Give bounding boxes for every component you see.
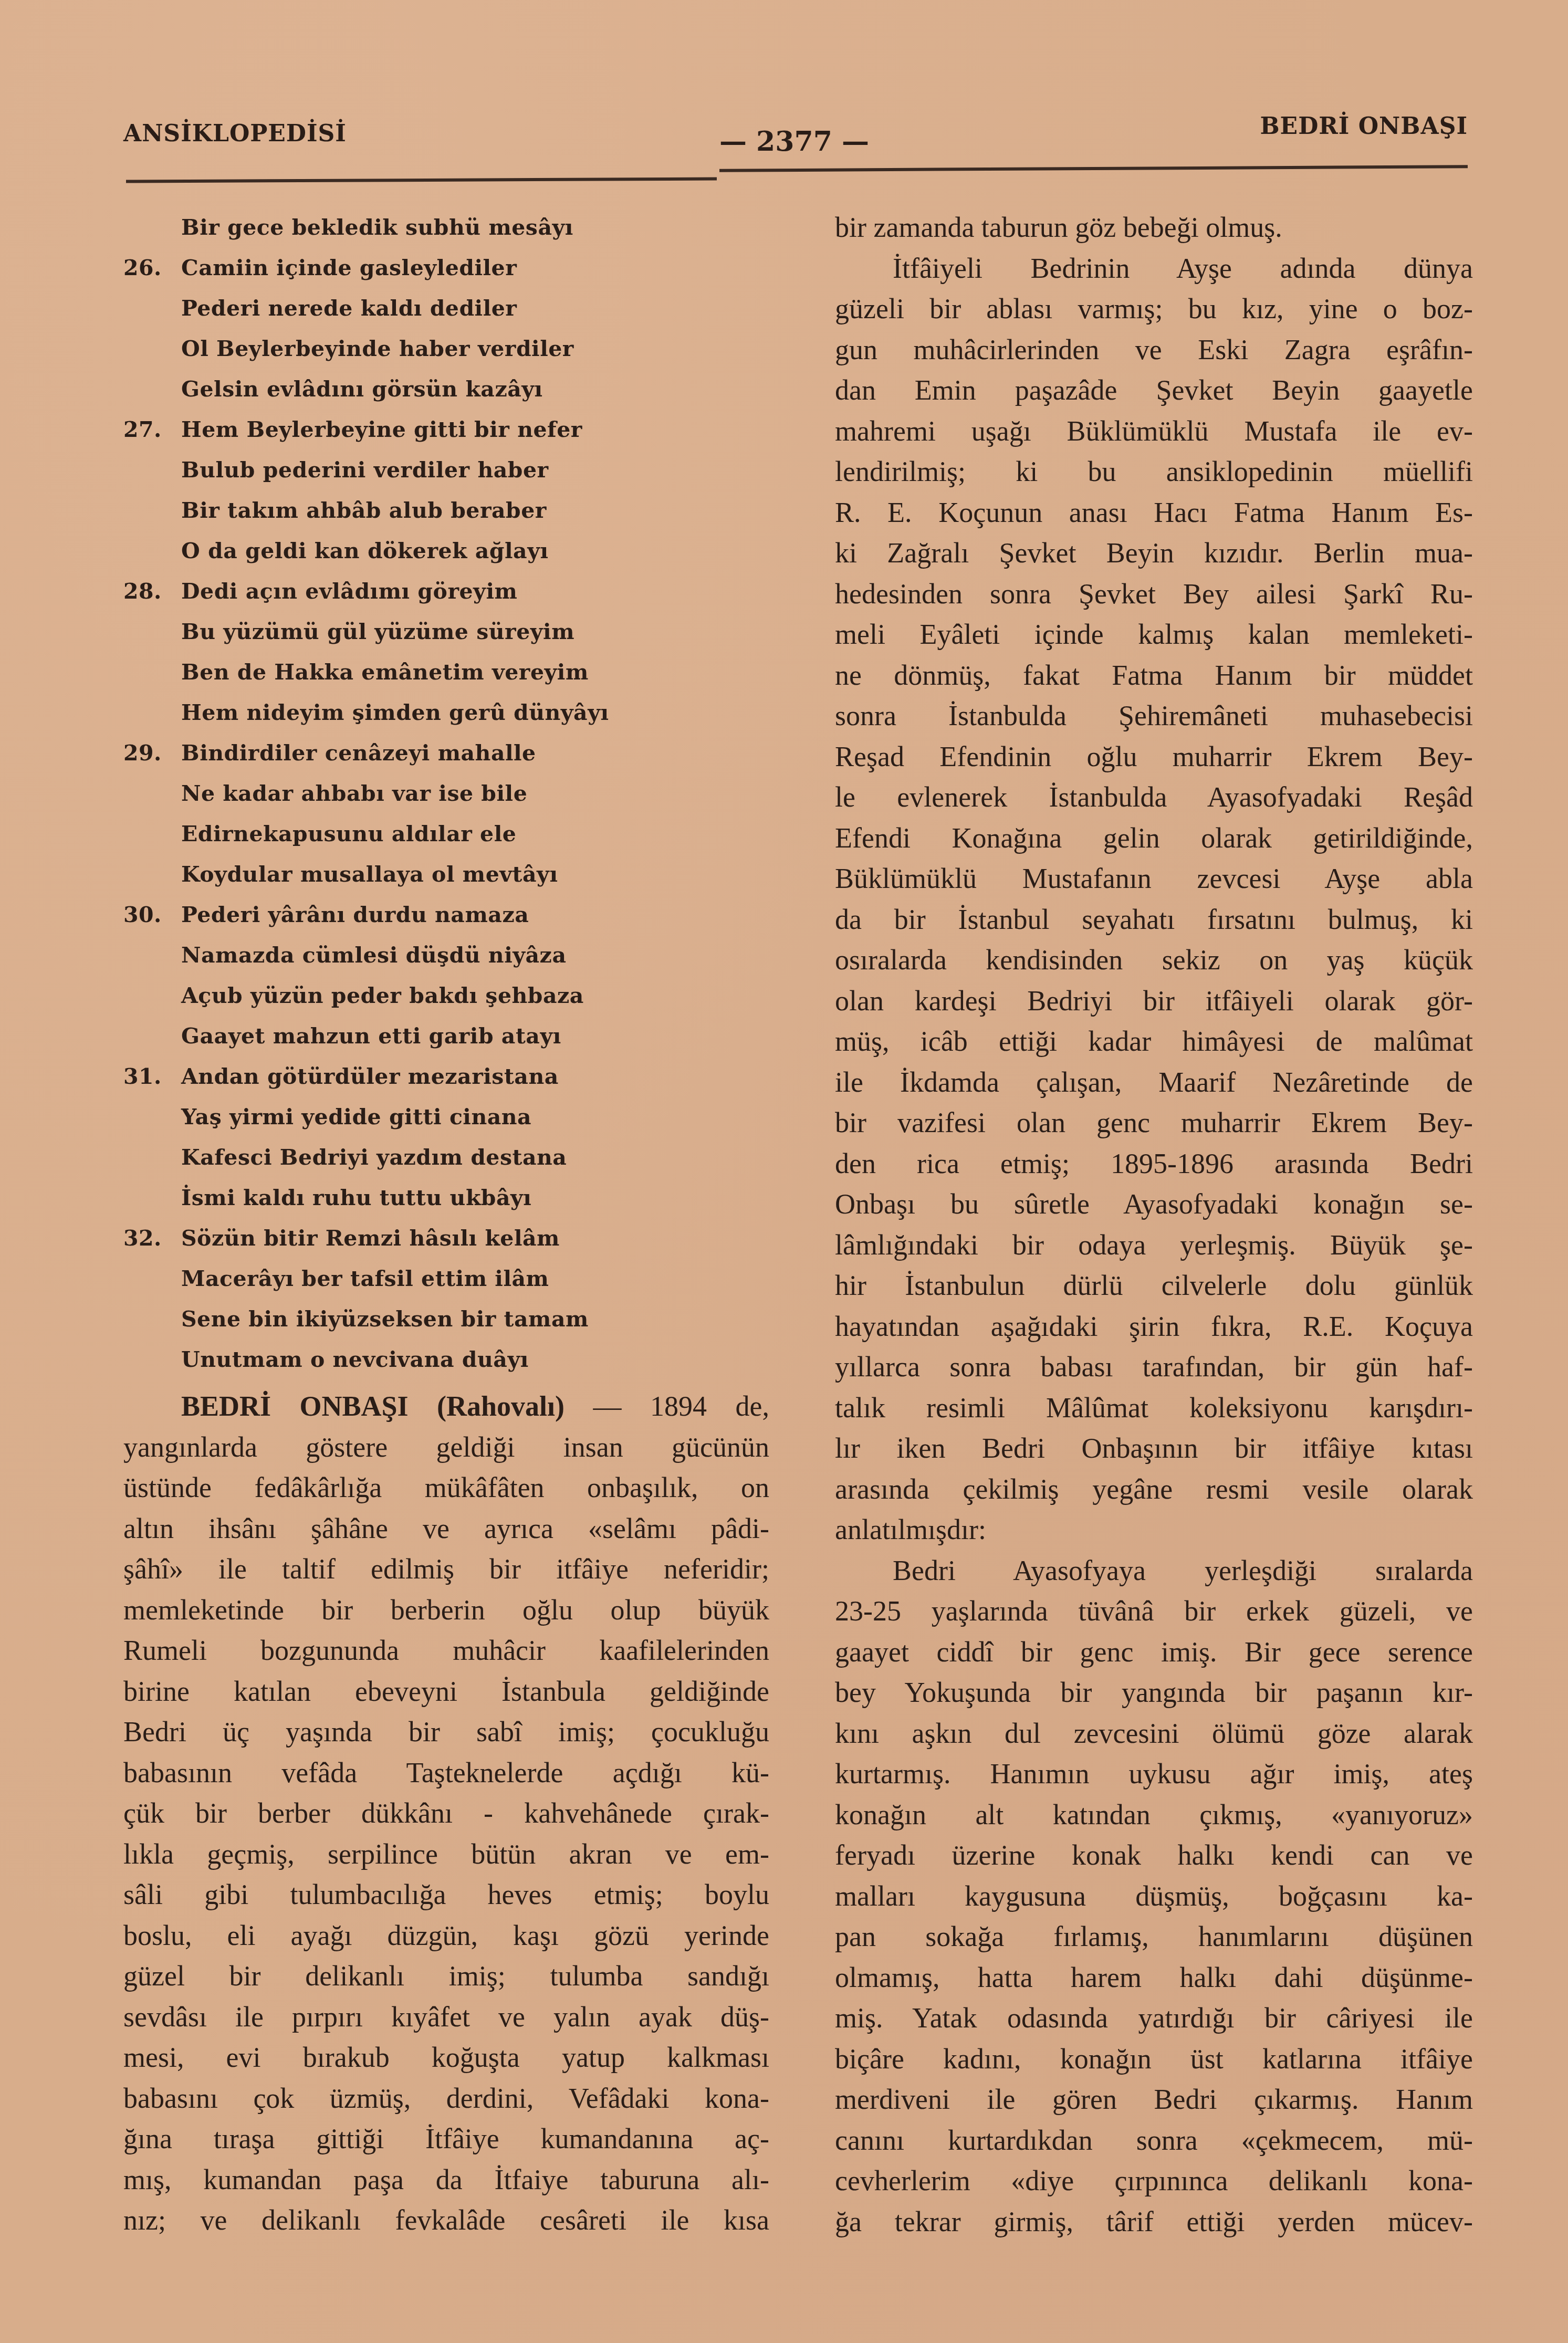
text-line: ile İkdamda çalışan, Maarif Nezâretinde … <box>835 1062 1473 1103</box>
header-rule-right <box>719 165 1468 172</box>
text-line: babasını çok üzmüş, derdini, Vefâdaki ko… <box>123 2078 769 2119</box>
text-line: anlatılmışdır: <box>835 1510 1473 1551</box>
text-line: lâmlığındaki bir odaya yerleşmiş. Büyük … <box>835 1225 1473 1266</box>
encyclopedia-page: ANSİKLOPEDİSİ — 2377 — BEDRİ ONBAŞI Bir … <box>0 0 1568 2343</box>
poem-line: 28.Dedi açın evlâdımı göreyim <box>123 571 769 612</box>
text-line: ki Zağralı Şevket Beyin kızıdır. Berlin … <box>835 533 1473 574</box>
paragraph: Bedri Ayasofyaya yerleşdiği sıralarda23-… <box>835 1551 1473 2243</box>
text-line: le evlenerek İstanbulda Ayasofyadaki Reş… <box>835 777 1473 818</box>
text-line: hayatından aşağıdaki şirin fıkra, R.E. K… <box>835 1306 1473 1347</box>
verse-text: Açub yüzün peder bakdı şehbaza <box>181 976 584 1016</box>
text-line: ne dönmüş, fakat Fatma Hanım bir müddet <box>835 655 1473 696</box>
poem-line: Sene bin ikiyüzseksen bir tamam <box>123 1299 769 1340</box>
verse-text: İsmi kaldı ruhu tuttu ukbâyı <box>181 1178 531 1218</box>
poem-line: Namazda cümlesi düşdü niyâza <box>123 935 769 976</box>
text-line: İtfâiyeli Bedrinin Ayşe adında dünya <box>835 248 1473 289</box>
paragraph: İtfâiyeli Bedrinin Ayşe adında dünyagüze… <box>835 248 1473 1551</box>
verse-text: Unutmam o nevcivana duâyı <box>181 1340 529 1380</box>
text-line: olan kardeşi Bedriyi bir itfâiyeli olara… <box>835 981 1473 1022</box>
text-line: birine katılan ebeveyni İstanbula geldiğ… <box>123 1671 769 1712</box>
text-line: miş. Yatak odasında yatırdığı bir câriye… <box>835 1998 1473 2039</box>
text-line: merdiveni ile gören Bedri çıkarmış. Hanı… <box>835 2079 1473 2120</box>
text-line: lendirilmiş; ki bu ansiklopedinin müelli… <box>835 452 1473 493</box>
text-line: boslu, eli ayağı düzgün, kaşı gözü yerin… <box>123 1916 769 1957</box>
poem-line: Ol Beylerbeyinde haber verdiler <box>123 329 769 369</box>
poem-line: Açub yüzün peder bakdı şehbaza <box>123 976 769 1016</box>
text-line: R. E. Koçunun anası Hacı Fatma Hanım Es- <box>835 493 1473 534</box>
verse-text: Camiin içinde gasleylediler <box>181 248 517 288</box>
text-line: osıralarda kendisinden sekiz on yaş küçü… <box>835 940 1473 981</box>
text-line: memleketinde bir berberin oğlu olup büyü… <box>123 1590 769 1631</box>
verse-text: Bindirdiler cenâzeyi mahalle <box>181 733 536 773</box>
stanza-number: 29. <box>123 733 160 773</box>
text-line: malları kaygusuna düşmüş, boğçasını ka- <box>835 1876 1473 1917</box>
text-line: kını aşkın dul zevcesini ölümü göze alar… <box>835 1713 1473 1754</box>
entry-qualifier: (Rahovalı) <box>437 1390 565 1422</box>
verse-text: Koydular musallaya ol mevtâyı <box>181 854 558 895</box>
running-header: ANSİKLOPEDİSİ — 2377 — BEDRİ ONBAŞI <box>123 113 1468 155</box>
verse-text: Sözün bitir Remzi hâsılı kelâm <box>181 1218 560 1259</box>
verse-text: Gelsin evlâdını görsün kazâyı <box>181 369 543 410</box>
verse-text: Macerâyı ber tafsil ettim ilâm <box>181 1259 549 1299</box>
text-line: güzeli bir ablası varmış; bu kız, yine o… <box>835 289 1473 330</box>
page-number: — 2377 — <box>719 125 869 158</box>
poem-line: 32.Sözün bitir Remzi hâsılı kelâm <box>123 1218 769 1259</box>
text-line: ğa tekrar girmiş, târif ettiği yerden mü… <box>835 2202 1473 2243</box>
poem-line: 29.Bindirdiler cenâzeyi mahalle <box>123 733 769 773</box>
poem-line: 27.Hem Beylerbeyine gitti bir nefer <box>123 410 769 450</box>
text-line: Bedri üç yaşında bir sabî imiş; çocukluğ… <box>123 1712 769 1753</box>
text-line: müş, icâb ettiği kadar himâyesi de malûm… <box>835 1021 1473 1062</box>
text-line: yıllarca sonra babası tarafından, bir gü… <box>835 1347 1473 1388</box>
text-line: çük bir berber dükkânı - kahvehânede çır… <box>123 1793 769 1834</box>
text-line: Efendi Konağına gelin olarak getirildiği… <box>835 818 1473 859</box>
verse-text: Bir gece bekledik subhü mesâyı <box>181 207 573 248</box>
poem-line: Bu yüzümü gül yüzüme süreyim <box>123 612 769 652</box>
text-line: Rumeli bozgununda muhâcir kaafilelerinde… <box>123 1630 769 1671</box>
text-line: güzel bir delikanlı imiş; tulumba sandığ… <box>123 1956 769 1997</box>
verse-text: Hem nideyim şimden gerû dünyâyı <box>181 693 609 733</box>
text-line: Onbaşı bu sûretle Ayasofyadaki konağın s… <box>835 1184 1473 1225</box>
poem-line: 26.Camiin içinde gasleylediler <box>123 248 769 288</box>
poem-line: Yaş yirmi yedide gitti cinana <box>123 1097 769 1137</box>
verse-text: Pederi nerede kaldı dediler <box>181 288 517 329</box>
text-line: gaayet ciddî bir genc imiş. Bir gece ser… <box>835 1632 1473 1673</box>
text-line: feryadı üzerine konak halkı kendi can ve <box>835 1835 1473 1876</box>
poem-block: Bir gece bekledik subhü mesâyı26.Camiin … <box>123 207 769 1380</box>
poem-line: Ben de Hakka emânetim vereyim <box>123 652 769 693</box>
poem-line: Bir takım ahbâb alub beraber <box>123 490 769 531</box>
verse-text: Namazda cümlesi düşdü niyâza <box>181 935 566 976</box>
text-line: mahremi uşağı Büklümüklü Mustafa ile ev- <box>835 411 1473 452</box>
text-line: dan Emin paşazâde Şevket Beyin gaayetle <box>835 370 1473 411</box>
text-line: konağın alt katından çıkmış, «yanıyoruz» <box>835 1795 1473 1836</box>
text-line: lıkla geçmiş, serpilince bütün akran ve … <box>123 1834 769 1875</box>
text-line: üstünde fedâkârlığa mükâfâten onbaşılık,… <box>123 1468 769 1509</box>
entry-headword: BEDRİ ONBAŞI <box>181 1390 409 1422</box>
verse-text: Bir takım ahbâb alub beraber <box>181 490 547 531</box>
text-line: bey Yokuşunda bir yangında bir paşanın k… <box>835 1672 1473 1713</box>
text-line: babasının vefâda Taşteknelerde açdığı kü… <box>123 1753 769 1794</box>
poem-line: Gaayet mahzun etti garib atayı <box>123 1016 769 1057</box>
stanza-number: 26. <box>123 248 160 288</box>
verse-text: Pederi yârânı durdu namaza <box>181 895 529 935</box>
poem-line: İsmi kaldı ruhu tuttu ukbâyı <box>123 1178 769 1218</box>
text-line: biçâre kadını, konağın üst katlarına itf… <box>835 2039 1473 2080</box>
stanza-number: 32. <box>123 1218 160 1259</box>
verse-text: Dedi açın evlâdımı göreyim <box>181 571 517 612</box>
text-line: talık resimli Mâlûmat koleksiyonu karışd… <box>835 1388 1473 1429</box>
text-line: den rica etmiş; 1895-1896 arasında Bedri <box>835 1144 1473 1185</box>
text-line: cevherlerim «diye çırpınınca delikanlı k… <box>835 2161 1473 2202</box>
text-line: sonra İstanbulda Şehiremâneti muhasebeci… <box>835 696 1473 737</box>
text-line: hir İstanbulun dürlü cilvelerle dolu gün… <box>835 1265 1473 1306</box>
poem-line: Hem nideyim şimden gerû dünyâyı <box>123 693 769 733</box>
entry-body-left: BEDRİ ONBAŞI (Rahovalı) — 1894 de, yangı… <box>123 1386 769 2241</box>
verse-text: O da geldi kan dökerek ağlayı <box>181 531 549 571</box>
text-line: Büklümüklü Mustafanın zevcesi Ayşe abla <box>835 859 1473 899</box>
poem-line: Bulub pederini verdiler haber <box>123 450 769 490</box>
text-line: 23-25 yaşlarında tüvânâ bir erkek güzeli… <box>835 1591 1473 1632</box>
poem-line: Edirnekapusunu aldılar ele <box>123 814 769 854</box>
text-line: sevdâsı ile pırpırı kıyâfet ve yalın aya… <box>123 1997 769 2038</box>
text-line: lır iken Bedri Onbaşının bir itfâiye kıt… <box>835 1428 1473 1469</box>
text-line: da bir İstanbul seyahatı fırsatını bulmu… <box>835 899 1473 940</box>
header-title-right: BEDRİ ONBAŞI <box>1260 113 1468 140</box>
poem-line: Koydular musallaya ol mevtâyı <box>123 854 769 895</box>
entry-first-line: BEDRİ ONBAŞI (Rahovalı) — 1894 de, <box>123 1386 769 1427</box>
text-line: arasında çekilmiş yegâne resmi vesile ol… <box>835 1469 1473 1510</box>
verse-text: Ben de Hakka emânetim vereyim <box>181 652 589 693</box>
poem-line: 31.Andan götürdüler mezaristana <box>123 1057 769 1097</box>
text-line: meli Eyâleti içinde kalmış kalan memleke… <box>835 614 1473 655</box>
text-line: mesi, evi bırakub koğuşta yatup kalkması <box>123 2037 769 2078</box>
header-rule-left <box>126 177 717 183</box>
left-column: Bir gece bekledik subhü mesâyı26.Camiin … <box>123 207 769 2241</box>
text-line: gun muhâcirlerinden ve Eski Zagra eşrâfı… <box>835 330 1473 371</box>
stanza-number: 27. <box>123 410 160 450</box>
text-line: olmamış, hatta harem halkı dahi düşünme- <box>835 1958 1473 1999</box>
text-line: hedesinden sonra Şevket Bey ailesi Şarkî… <box>835 574 1473 615</box>
stanza-number: 31. <box>123 1057 160 1097</box>
text-line: bir vazifesi olan genc muharrir Ekrem Be… <box>835 1103 1473 1144</box>
verse-text: Ne kadar ahbabı var ise bile <box>181 773 527 814</box>
text-line: Reşad Efendinin oğlu muharrir Ekrem Bey- <box>835 737 1473 778</box>
verse-text: Bulub pederini verdiler haber <box>181 450 549 490</box>
text-line: sâli gibi tulumbacılığa heves etmiş; boy… <box>123 1875 769 1916</box>
text-line: yangınlarda göstere geldiği insan gücünü… <box>123 1427 769 1468</box>
verse-text: Andan götürdüler mezaristana <box>181 1057 559 1097</box>
text-line: altın ihsânı şâhâne ve ayrıca «selâmı pâ… <box>123 1509 769 1550</box>
verse-text: Sene bin ikiyüzseksen bir tamam <box>181 1299 589 1340</box>
poem-line: Unutmam o nevcivana duâyı <box>123 1340 769 1380</box>
stanza-number: 30. <box>123 895 160 935</box>
verse-text: Kafesci Bedriyi yazdım destana <box>181 1137 567 1178</box>
entry-first-line-rest: — 1894 de, <box>593 1390 769 1422</box>
poem-line: Ne kadar ahbabı var ise bile <box>123 773 769 814</box>
text-line: mış, kumandan paşa da İtfaiye taburuna a… <box>123 2160 769 2201</box>
text-line: canını kurtardıkdan sonra «çekmecem, mü- <box>835 2120 1473 2161</box>
stanza-number: 28. <box>123 571 160 612</box>
verse-text: Ol Beylerbeyinde haber verdiler <box>181 329 574 369</box>
text-line: kurtarmış. Hanımın uykusu ağır imiş, ate… <box>835 1754 1473 1795</box>
header-title-left: ANSİKLOPEDİSİ <box>123 120 347 147</box>
poem-line: Kafesci Bedriyi yazdım destana <box>123 1137 769 1178</box>
text-line: ğına tıraşa gittiği İtfâiye kumandanına … <box>123 2119 769 2160</box>
verse-text: Edirnekapusunu aldılar ele <box>181 814 516 854</box>
poem-line: Bir gece bekledik subhü mesâyı <box>123 207 769 248</box>
poem-line: 30.Pederi yârânı durdu namaza <box>123 895 769 935</box>
poem-line: Macerâyı ber tafsil ettim ilâm <box>123 1259 769 1299</box>
text-line: pan sokağa fırlamış, hanımlarını düşünen <box>835 1917 1473 1958</box>
text-line: Bedri Ayasofyaya yerleşdiği sıralarda <box>835 1551 1473 1592</box>
text-line: şâhî» ile taltif edilmiş bir itfâiye nef… <box>123 1549 769 1590</box>
verse-text: Hem Beylerbeyine gitti bir nefer <box>181 410 582 450</box>
poem-line: Gelsin evlâdını görsün kazâyı <box>123 369 769 410</box>
poem-line: O da geldi kan dökerek ağlayı <box>123 531 769 571</box>
paragraph: bir zamanda taburun göz bebeği olmuş. <box>835 207 1473 248</box>
verse-text: Yaş yirmi yedide gitti cinana <box>181 1097 531 1137</box>
poem-line: Pederi nerede kaldı dediler <box>123 288 769 329</box>
verse-text: Gaayet mahzun etti garib atayı <box>181 1016 561 1057</box>
right-column: bir zamanda taburun göz bebeği olmuş.İtf… <box>835 207 1473 2242</box>
text-line: bir zamanda taburun göz bebeği olmuş. <box>835 207 1473 248</box>
text-line: nız; ve delikanlı fevkalâde cesâreti ile… <box>123 2200 769 2241</box>
verse-text: Bu yüzümü gül yüzüme süreyim <box>181 612 574 652</box>
